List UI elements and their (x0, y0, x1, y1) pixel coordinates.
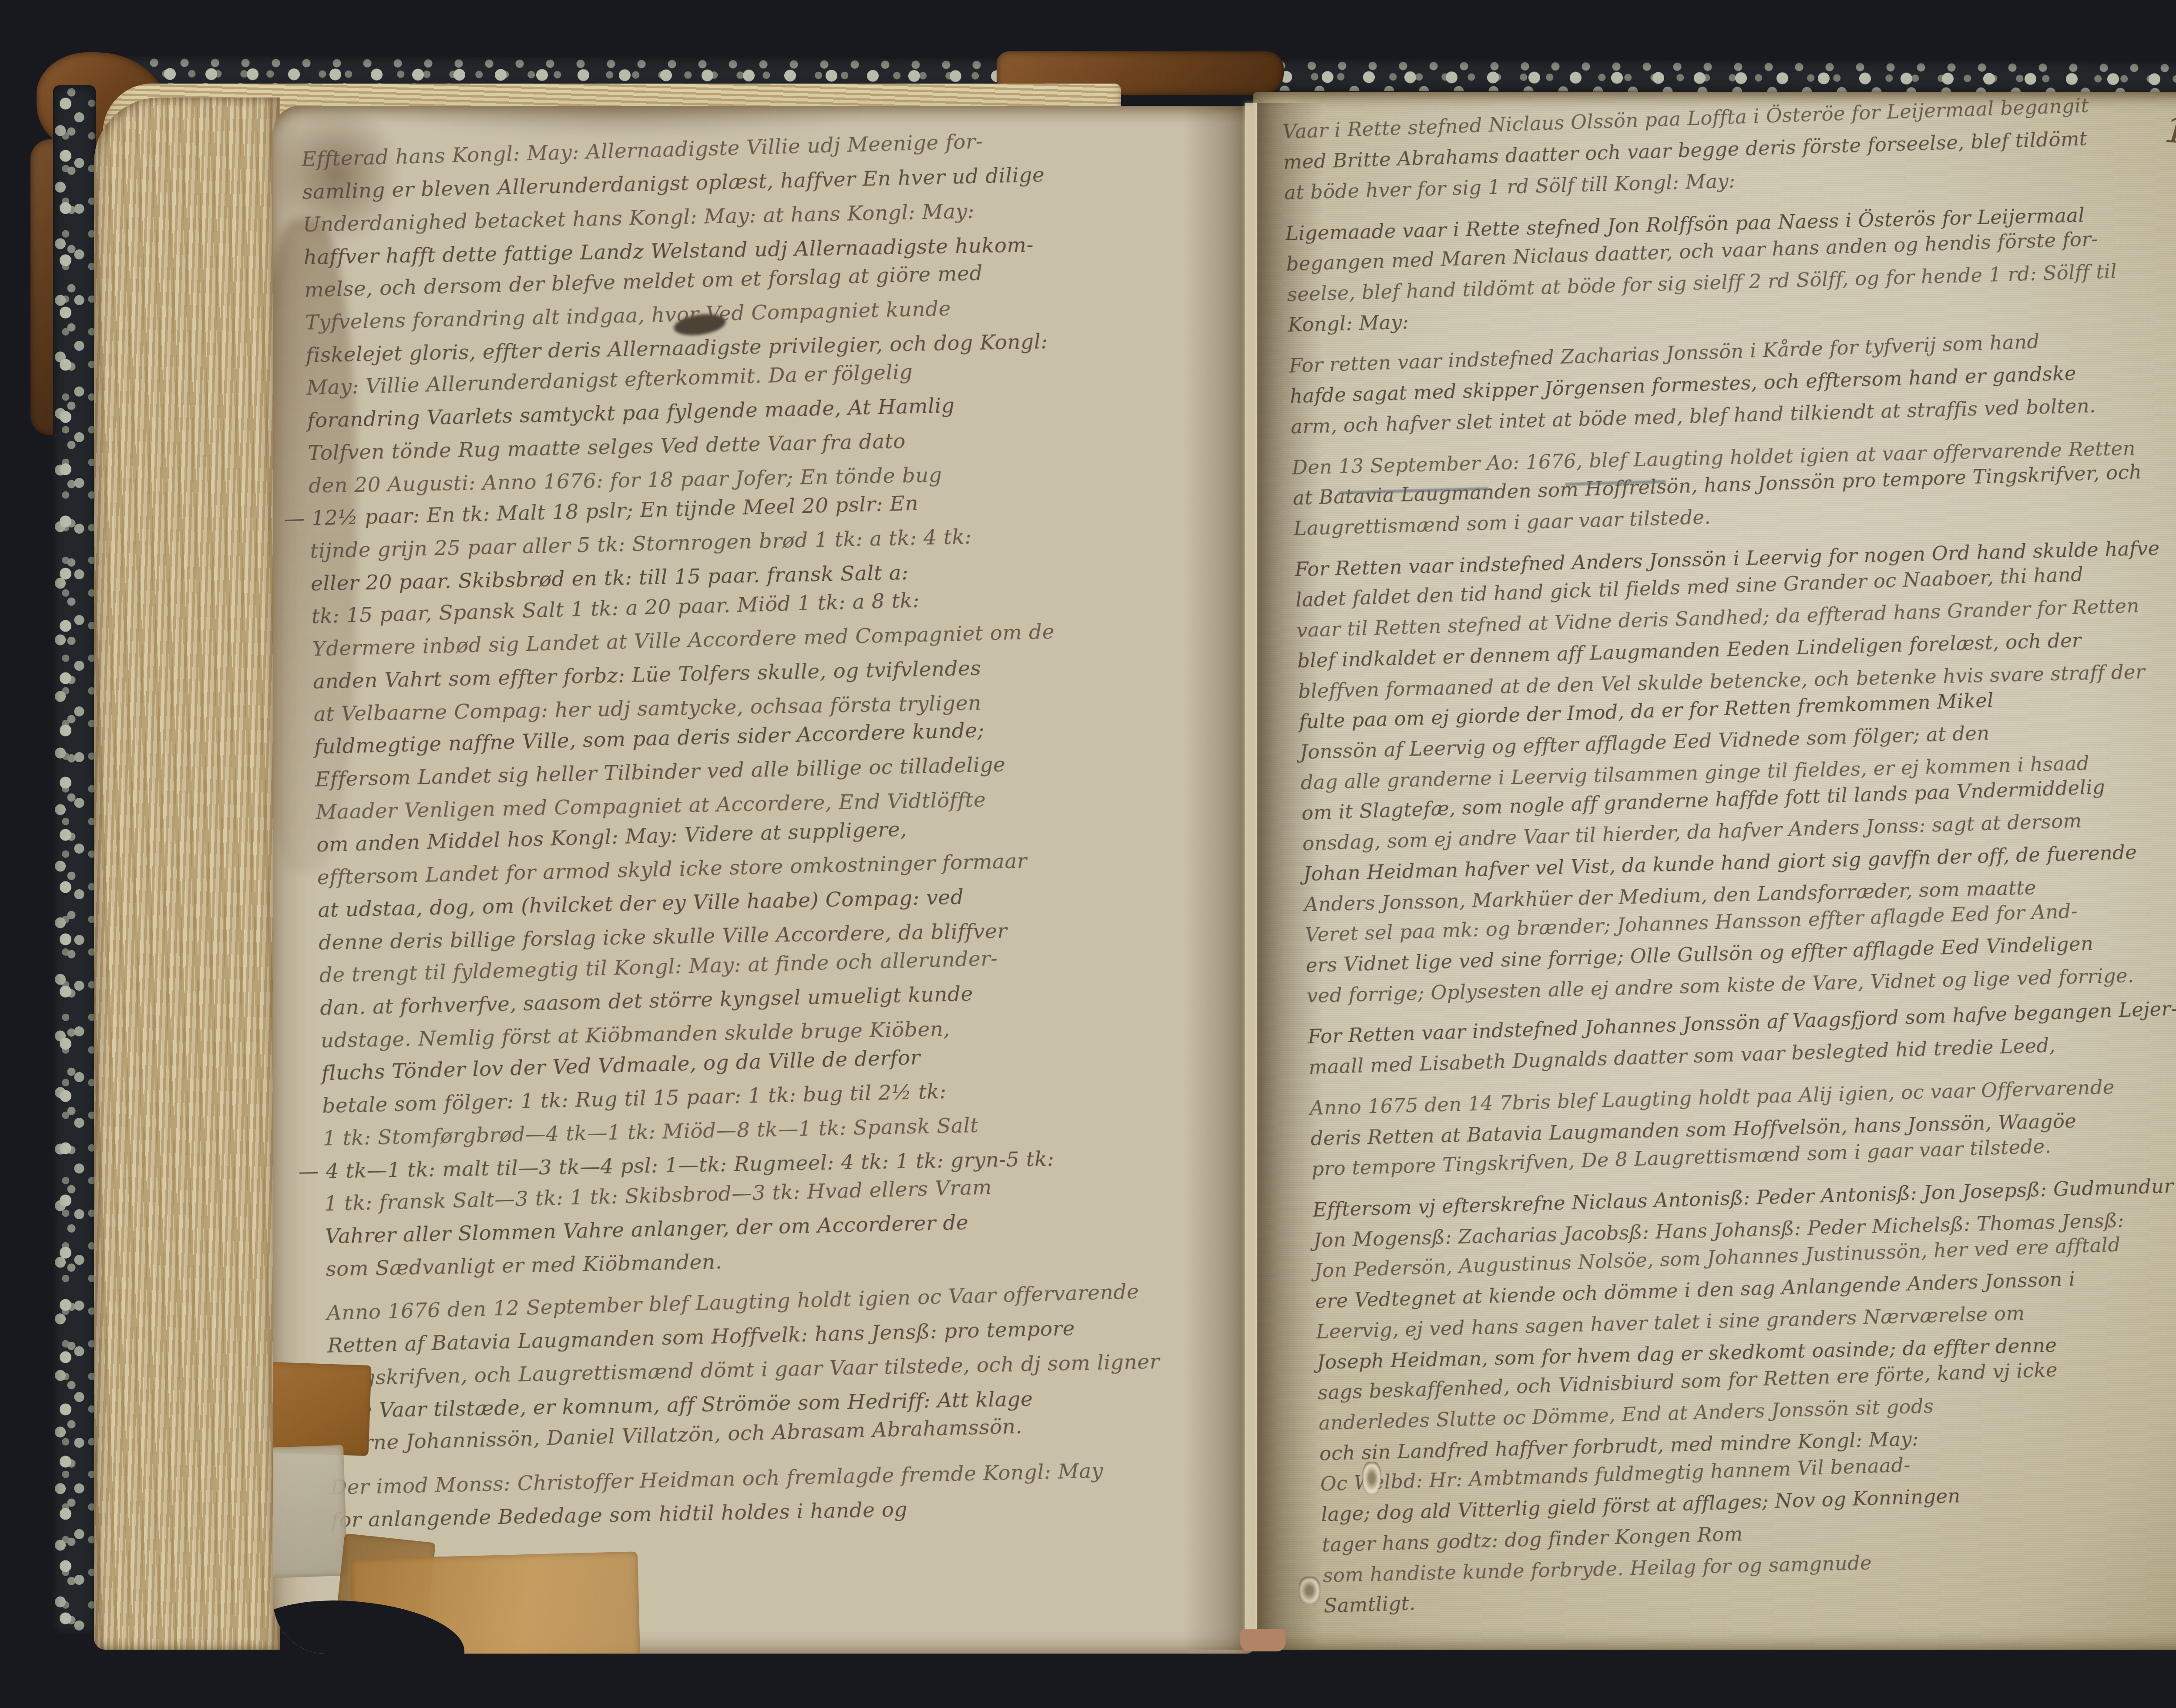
left-marbled-cover-edge (53, 85, 96, 1634)
left-fore-edge-stack (94, 98, 280, 1650)
court-record-entry: Ligemaade vaar i Rette stefned Jon Rolff… (1285, 191, 2176, 340)
court-record-entry: For retten vaar indstefned Zacharias Jon… (1289, 323, 2176, 442)
left-page-handwriting: Effterad hans Kongl: May: Allernaadigste… (301, 122, 1254, 1537)
gutter-shadow-left (1183, 106, 1254, 1650)
archive-photo: { "meta": { "description": "Scanned open… (0, 0, 2176, 1708)
right-page: 102 Vaar i Rette stefned Niclaus Olssön … (1253, 92, 2176, 1650)
tape-repair-patch (273, 1445, 348, 1578)
binding-sliver (1240, 1629, 1286, 1651)
court-record-entry: Efftersom vj efterskrefne Niclaus Antoni… (1312, 1167, 2176, 1621)
left-page: Effterad hans Kongl: May: Allernaadigste… (273, 106, 1254, 1654)
court-record-entry: For Retten vaar indstefned Anders Jonssö… (1294, 527, 2176, 1011)
paper-hole (1362, 1462, 1381, 1495)
gutter-fold-highlight (1245, 103, 1257, 1647)
court-record-entry: Anno 1675 den 14 7bris blef Laugting hol… (1310, 1066, 2176, 1184)
court-record-entry: Vaar i Rette stefned Niclaus Olssön paa … (1282, 92, 2176, 208)
gutter-shadow-right (1257, 103, 1322, 1650)
tape-repair-patch (273, 1362, 372, 1456)
right-page-handwriting: Vaar i Rette stefned Niclaus Olssön paa … (1282, 92, 2176, 1632)
court-record-entry: Den 13 September Ao: 1676, blef Laugting… (1292, 425, 2176, 544)
